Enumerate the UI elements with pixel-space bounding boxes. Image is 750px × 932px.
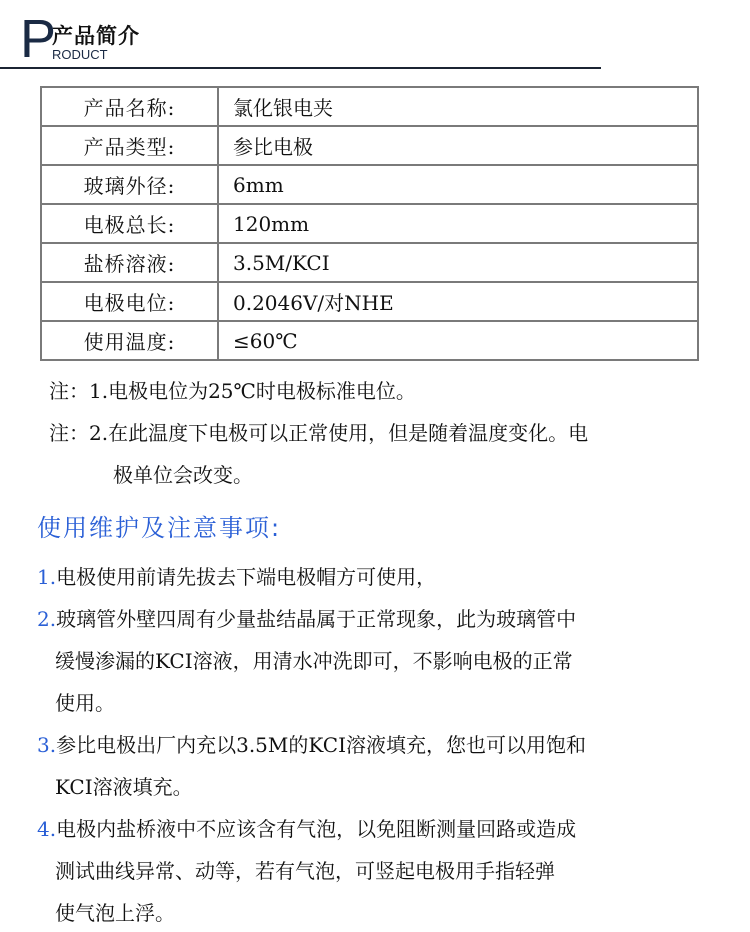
care-list: 1.电极使用前请先拔去下端电极帽方可使用， 2.玻璃管外壁四周有少量盐结晶属于正…	[37, 556, 727, 932]
spec-label: 产品名称:	[41, 87, 218, 126]
spec-value: 3.5M/KCI	[218, 243, 698, 282]
item-number: 4.	[37, 817, 56, 841]
care-item-3: 3.参比电极出厂内充以3.5M的KCI溶液填充，您也可以用饱和	[37, 724, 727, 766]
spec-value: ≤60℃	[218, 321, 698, 360]
item-text: 玻璃管外壁四周有少量盐结晶属于正常现象，此为玻璃管中	[56, 607, 576, 631]
table-row: 盐桥溶液: 3.5M/KCI	[41, 243, 698, 282]
item-text-continuation: KCI溶液填充。	[37, 766, 727, 808]
header-title-cn: 产品简介	[52, 20, 140, 50]
table-row: 产品类型: 参比电极	[41, 126, 698, 165]
care-item-2: 2.玻璃管外壁四周有少量盐结晶属于正常现象，此为玻璃管中	[37, 598, 727, 640]
spec-label: 盐桥溶液:	[41, 243, 218, 282]
care-item-4: 4.电极内盐桥液中不应该含有气泡，以免阻断测量回路或造成	[37, 808, 727, 850]
note-1: 注：1.电极电位为25℃时电极标准电位。	[49, 370, 588, 412]
table-row: 使用温度: ≤60℃	[41, 321, 698, 360]
note-2: 注：2.在此温度下电极可以正常使用，但是随着温度变化。电	[49, 412, 588, 454]
header-divider	[0, 67, 601, 69]
table-row: 电极总长: 120mm	[41, 204, 698, 243]
spec-value: 参比电极	[218, 126, 698, 165]
care-item-1: 1.电极使用前请先拔去下端电极帽方可使用，	[37, 556, 727, 598]
care-section-title: 使用维护及注意事项:	[37, 508, 281, 543]
header-title-en: RODUCT	[52, 47, 108, 62]
item-text-continuation: 使用。	[37, 682, 727, 724]
table-row: 产品名称: 氯化银电夹	[41, 87, 698, 126]
spec-table: 产品名称: 氯化银电夹 产品类型: 参比电极 玻璃外径: 6mm 电极总长: 1…	[40, 86, 699, 361]
section-header: P 产品简介 RODUCT	[0, 0, 750, 70]
item-text: 参比电极出厂内充以3.5M的KCI溶液填充，您也可以用饱和	[56, 733, 586, 757]
item-number: 1.	[37, 565, 56, 589]
item-number: 2.	[37, 607, 56, 631]
notes-block: 注：1.电极电位为25℃时电极标准电位。 注：2.在此温度下电极可以正常使用，但…	[49, 370, 588, 496]
spec-label: 玻璃外径:	[41, 165, 218, 204]
item-text: 电极使用前请先拔去下端电极帽方可使用，	[56, 565, 436, 589]
spec-label: 使用温度:	[41, 321, 218, 360]
table-row: 电极电位: 0.2046V/对NHE	[41, 282, 698, 321]
item-number: 3.	[37, 733, 56, 757]
spec-value: 氯化银电夹	[218, 87, 698, 126]
item-text-continuation: 测试曲线异常、动等，若有气泡，可竖起电极用手指轻弹	[37, 850, 727, 892]
spec-value: 6mm	[218, 165, 698, 204]
spec-value: 120mm	[218, 204, 698, 243]
note-2-continuation: 极单位会改变。	[49, 454, 588, 496]
spec-value: 0.2046V/对NHE	[218, 282, 698, 321]
item-text-continuation: 缓慢渗漏的KCI溶液，用清水冲洗即可，不影响电极的正常	[37, 640, 727, 682]
spec-label: 电极总长:	[41, 204, 218, 243]
item-text-continuation: 使气泡上浮。	[37, 892, 727, 932]
table-row: 玻璃外径: 6mm	[41, 165, 698, 204]
item-text: 电极内盐桥液中不应该含有气泡，以免阻断测量回路或造成	[56, 817, 576, 841]
header-initial-letter: P	[20, 15, 56, 63]
spec-label: 产品类型:	[41, 126, 218, 165]
spec-label: 电极电位:	[41, 282, 218, 321]
